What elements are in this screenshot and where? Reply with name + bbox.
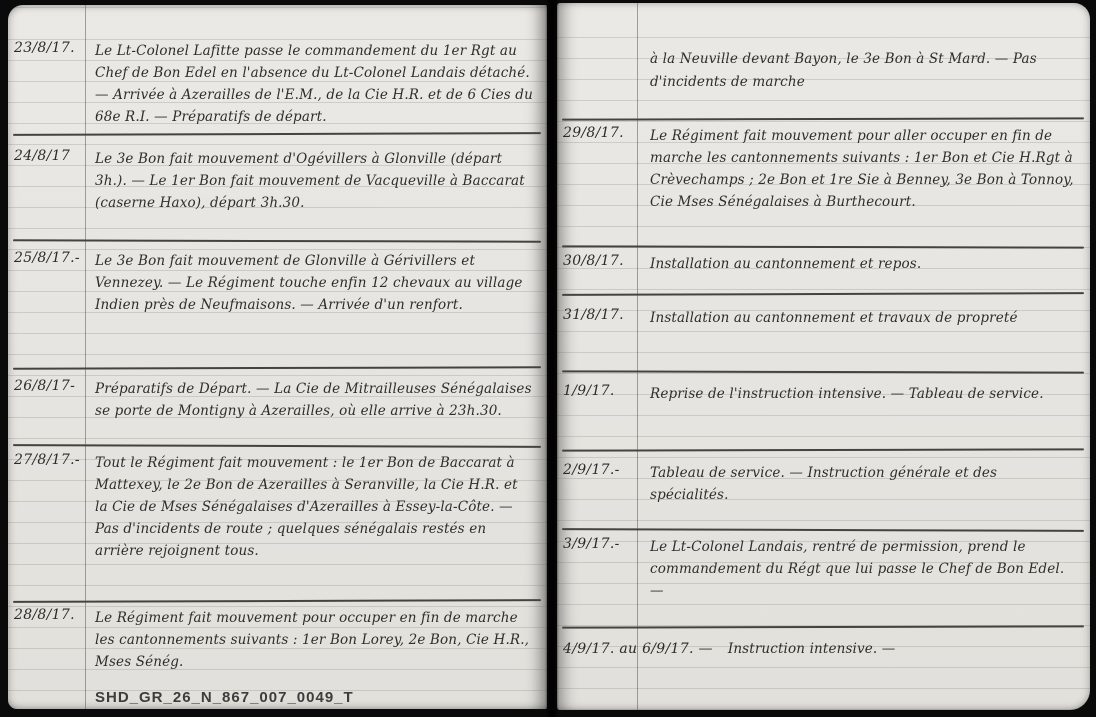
entry-separator-line: [13, 599, 541, 603]
entry-text: Tableau de service. — Instruction généra…: [650, 462, 1074, 506]
entry-separator-line: [13, 132, 541, 136]
entry-date: 25/8/17.-: [14, 250, 92, 266]
entry-text: Instruction intensive. —: [728, 641, 896, 657]
entry-separator-line: [562, 292, 1084, 296]
journal-entry: 30/8/17. Installation au cantonnement et…: [557, 253, 1074, 275]
entry-text: Le Lt-Colonel Lafitte passe le commandem…: [95, 40, 533, 128]
notebook-right-page: à la Neuville devant Bayon, le 3e Bon à …: [557, 3, 1090, 710]
entry-separator-line: [562, 245, 1084, 248]
entry-text: Le Régiment fait mouvement pour occuper …: [95, 607, 533, 673]
entry-separator-line: [562, 625, 1084, 628]
entry-text: Installation au cantonnement et repos.: [650, 253, 1074, 275]
entry-date: 4/9/17. au 6/9/17. —: [563, 641, 713, 657]
entry-text: Préparatifs de Départ. — La Cie de Mitra…: [95, 378, 533, 422]
archive-reference-watermark: SHD_GR_26_N_867_007_0049_T: [95, 689, 354, 706]
journal-entry: 4/9/17. au 6/9/17. — Instruction intensi…: [563, 638, 1073, 660]
journal-entry: 31/8/17. Installation au cantonnement et…: [557, 307, 1074, 329]
entry-separator-line: [562, 370, 1084, 373]
journal-entry: 28/8/17. Le Régiment fait mouvement pour…: [8, 607, 533, 673]
journal-entry: 26/8/17- Préparatifs de Départ. — La Cie…: [8, 378, 533, 422]
entry-date: 27/8/17.-: [14, 452, 92, 468]
entry-text: Reprise de l'instruction intensive. — Ta…: [650, 383, 1074, 405]
journal-entry: 24/8/17 Le 3e Bon fait mouvement d'Ogévi…: [8, 148, 533, 214]
scanned-journal-page: { "document": { "type_note": "Journal de…: [0, 0, 1096, 717]
journal-entry: 25/8/17.- Le 3e Bon fait mouvement de Gl…: [8, 250, 533, 316]
journal-entry: 27/8/17.- Tout le Régiment fait mouvemen…: [8, 452, 533, 562]
entry-separator-line: [562, 528, 1084, 532]
entry-text: Tout le Régiment fait mouvement : le 1er…: [95, 452, 533, 562]
entry-date: 24/8/17: [14, 148, 92, 164]
entry-separator-line: [13, 444, 541, 448]
entry-date: 26/8/17-: [14, 378, 92, 394]
journal-entry: 2/9/17.- Tableau de service. — Instructi…: [557, 462, 1074, 506]
date-column-rule: [637, 3, 638, 710]
entry-continuation-text: à la Neuville devant Bayon, le 3e Bon à …: [650, 48, 1074, 94]
entry-separator-line: [562, 448, 1084, 451]
page-binding-gutter: [545, 0, 559, 717]
entry-date: 3/9/17.-: [563, 536, 641, 552]
entry-text: Installation au cantonnement et travaux …: [650, 307, 1074, 329]
entry-date: 23/8/17.: [14, 40, 92, 56]
journal-entry: 1/9/17. Reprise de l'instruction intensi…: [557, 383, 1074, 405]
notebook-left-page: 23/8/17. Le Lt-Colonel Lafitte passe le …: [8, 5, 547, 709]
entry-date: 28/8/17.: [14, 607, 92, 623]
entry-text: Le Régiment fait mouvement pour aller oc…: [650, 125, 1074, 213]
entry-separator-line: [13, 239, 541, 242]
entry-separator-line: [562, 117, 1084, 120]
entry-date: 2/9/17.-: [563, 462, 641, 478]
entry-text: Le 3e Bon fait mouvement de Glonville à …: [95, 250, 533, 316]
entry-text: Le Lt-Colonel Landais, rentré de permiss…: [650, 536, 1074, 602]
journal-entry: 23/8/17. Le Lt-Colonel Lafitte passe le …: [8, 40, 533, 128]
journal-entry: 29/8/17. Le Régiment fait mouvement pour…: [557, 125, 1074, 213]
entry-text: Le 3e Bon fait mouvement d'Ogévillers à …: [95, 148, 533, 214]
entry-date: 29/8/17.: [563, 125, 641, 141]
entry-date: 31/8/17.: [563, 307, 641, 323]
entry-separator-line: [13, 366, 541, 369]
entry-date: 30/8/17.: [563, 253, 641, 269]
journal-entry: 3/9/17.- Le Lt-Colonel Landais, rentré d…: [557, 536, 1074, 602]
entry-date: 1/9/17.: [563, 383, 641, 399]
